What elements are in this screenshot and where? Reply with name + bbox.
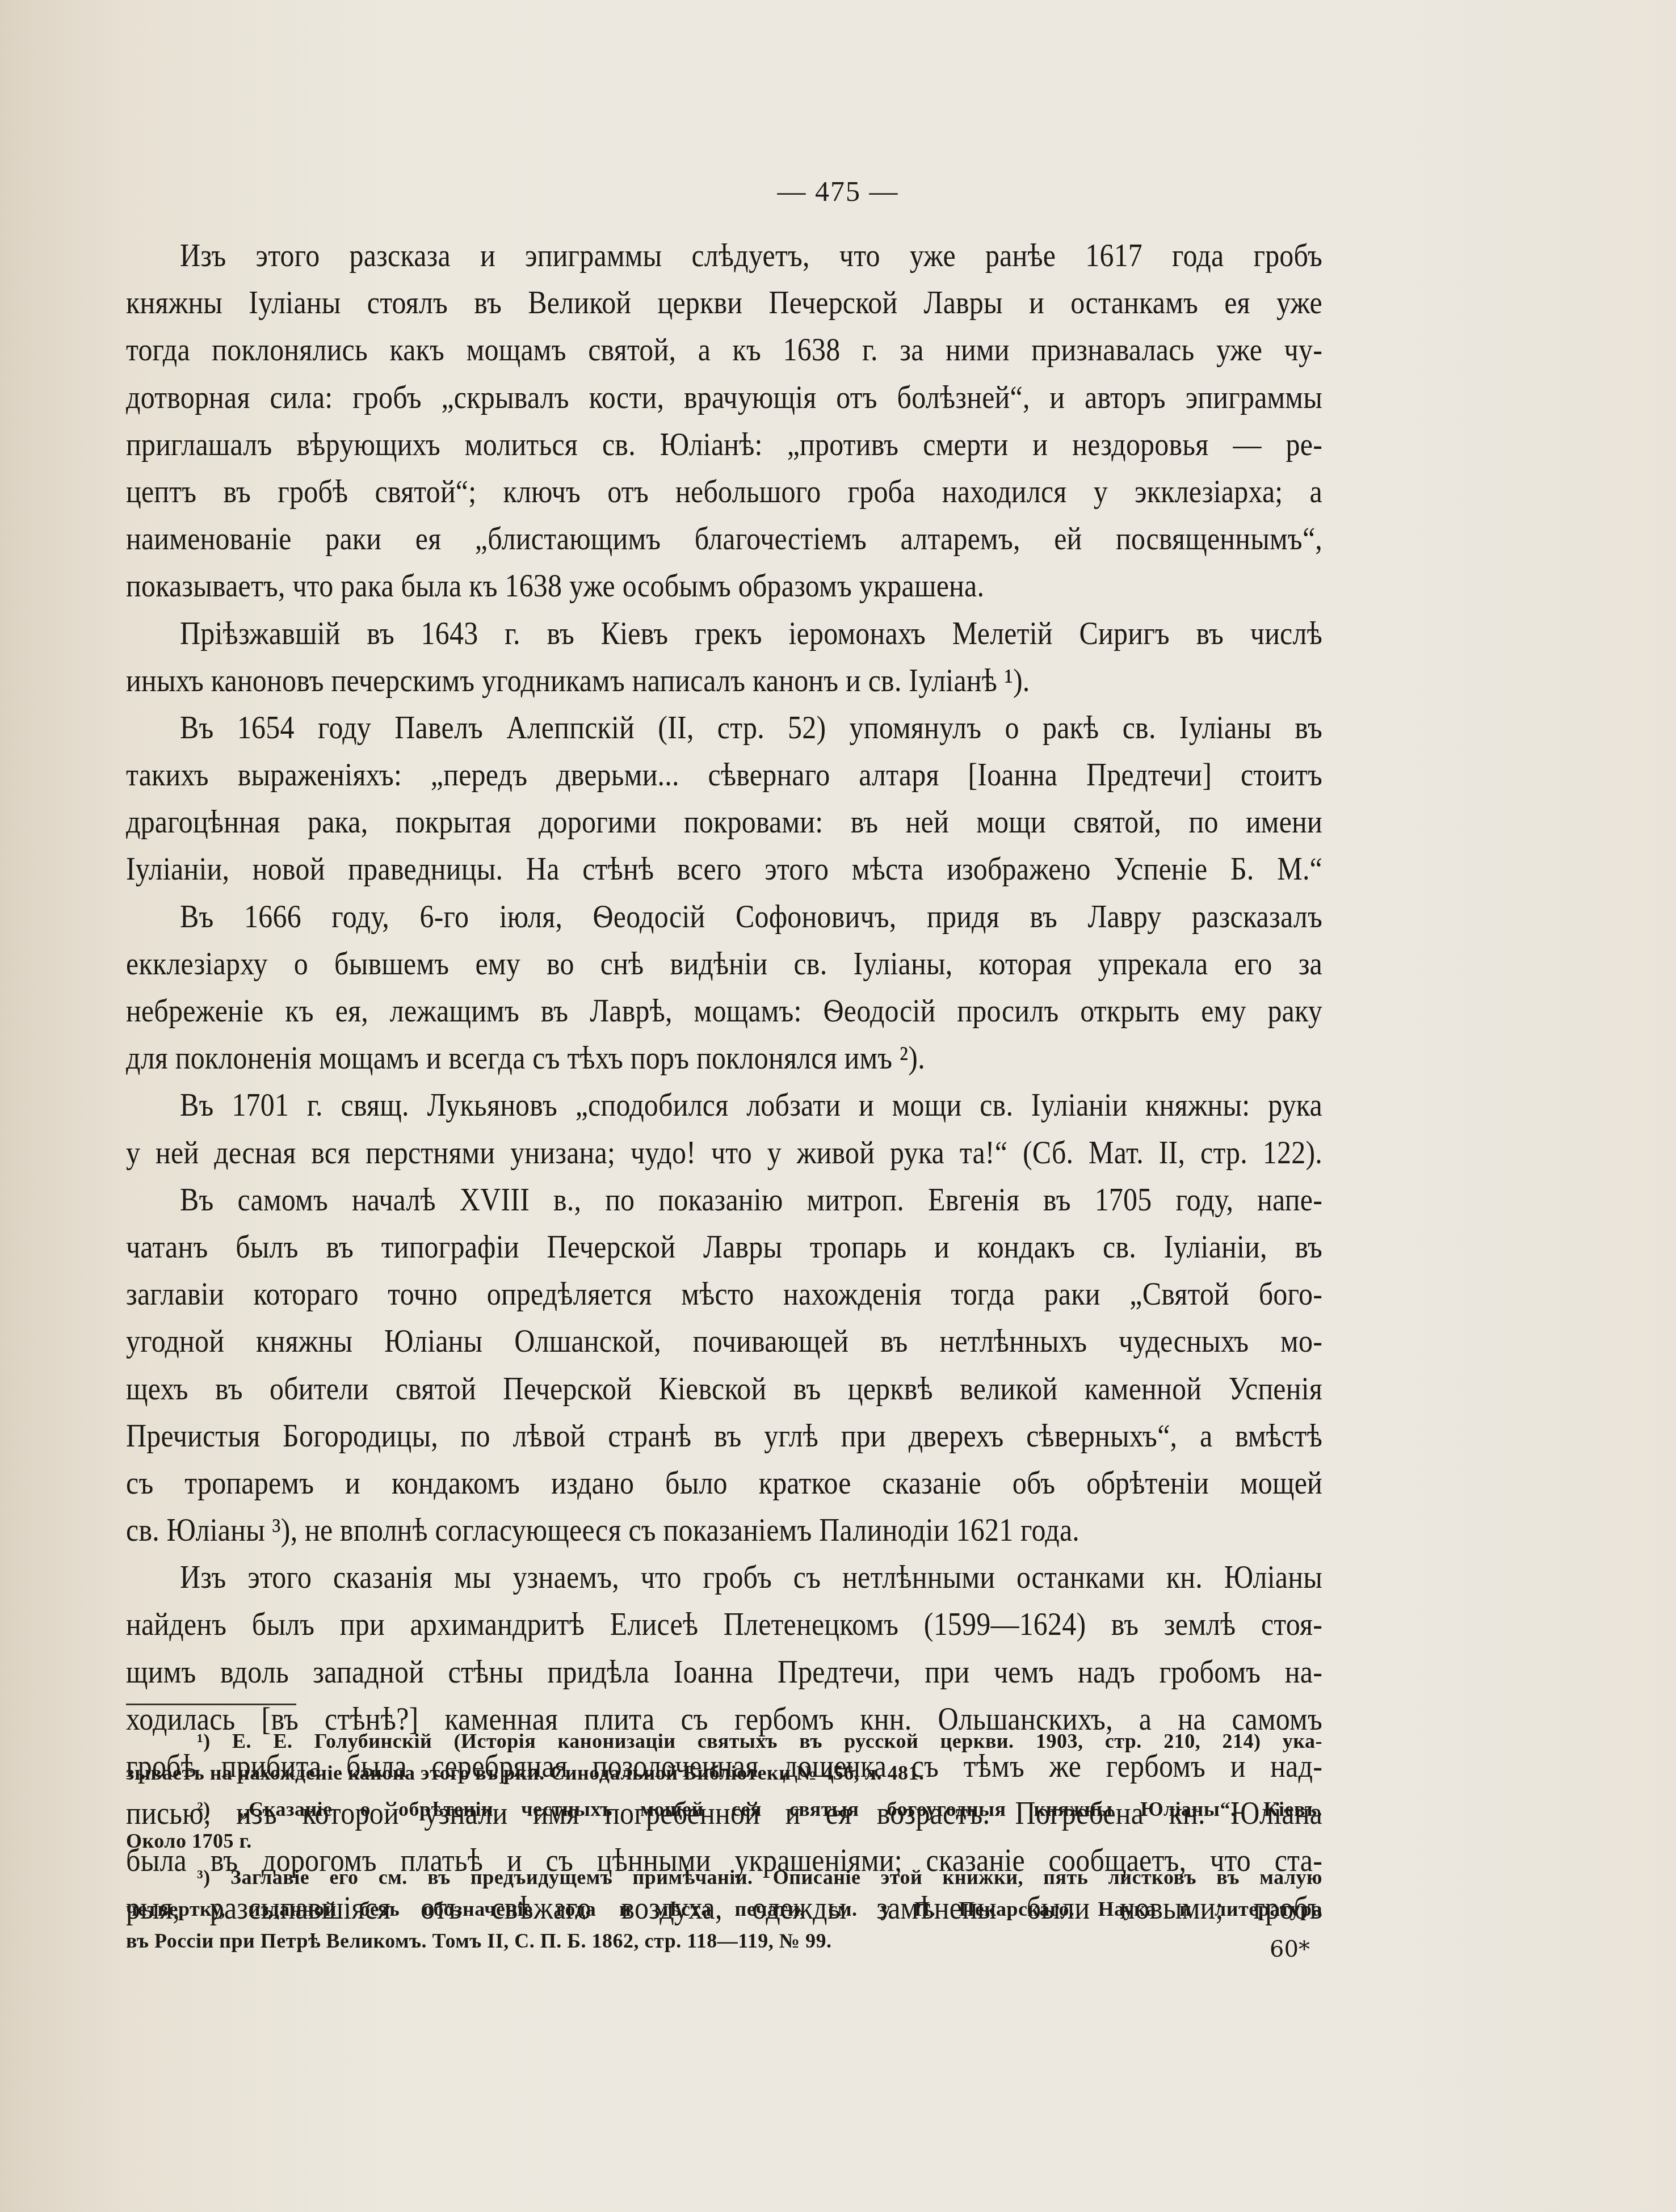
paragraph-line: княжны Іуліаны стоялъ въ Великой церкви … <box>126 276 1322 330</box>
paragraph-line: приглашалъ вѣрующихъ молиться св. Юліанѣ… <box>126 417 1322 472</box>
paragraph-line: съ тропаремъ и кондакомъ издано было кра… <box>126 1456 1322 1510</box>
footnote-1-line: ¹) Е. Е. Голубинскій (Исторія канонизаці… <box>126 1725 1322 1757</box>
paragraph-line: Въ 1666 году, 6-го іюля, Ѳеодосій Софоно… <box>126 889 1322 944</box>
paragraph-line: Въ самомъ началѣ XVIII в., по показанію … <box>126 1172 1322 1227</box>
paragraph-line: угодной княжны Юліаны Олшанской, почиваю… <box>126 1314 1322 1369</box>
paragraph-line: небреженіе къ ея, лежащимъ въ Лаврѣ, мощ… <box>126 984 1322 1038</box>
paragraph-line: показываетъ, что рака была къ 1638 уже о… <box>126 559 1322 613</box>
paragraph-line: щехъ въ обители святой Печерской Кіевско… <box>126 1361 1322 1416</box>
footnote-3-line: четвертку, изданной безъ обозначеніе год… <box>126 1893 1322 1925</box>
paragraph-line: дотворная сила: гробъ „скрывалъ кости, в… <box>126 370 1322 424</box>
paragraph-line: заглавіи котораго точно опредѣляется мѣс… <box>126 1267 1322 1322</box>
paragraph-line: Въ 1654 году Павелъ Алеппскій (II, стр. … <box>126 700 1322 755</box>
footnote-2-line: ²) „Сказаніе о обрѣтеніи честныхъ мощей … <box>126 1793 1322 1825</box>
paragraph-line: такихъ выраженіяхъ: „передъ дверьми... с… <box>126 748 1322 802</box>
page-number: — 475 — <box>0 175 1676 208</box>
paragraph-line: Изъ этого разсказа и эпиграммы слѣдуетъ,… <box>126 229 1322 283</box>
footnote-separator <box>126 1704 296 1705</box>
footnotes: ¹) Е. Е. Голубинскій (Исторія канонизаці… <box>126 1725 1322 1957</box>
footnote-1-line: зываетъ на нахожденіе канона этого въ рк… <box>126 1757 1322 1789</box>
paragraph-line: у ней десная вся перстнями унизана; чудо… <box>126 1125 1322 1180</box>
paragraph-line: екклезіарху о бывшемъ ему во снѣ видѣніи… <box>126 936 1322 991</box>
paragraph-line: Пречистыя Богородицы, по лѣвой странѣ въ… <box>126 1408 1322 1463</box>
footnote-3-line: ³) Заглавіе его см. въ предъидущемъ прим… <box>126 1861 1322 1893</box>
paragraph-line: драгоцѣнная рака, покрытая дорогими покр… <box>126 795 1322 850</box>
paragraph-line: Изъ этого сказанія мы узнаемъ, что гробъ… <box>126 1550 1322 1605</box>
paragraph-line: цептъ въ гробѣ святой“; ключъ отъ неболь… <box>126 464 1322 519</box>
footnote-3-line: въ Россіи при Петрѣ Великомъ. Томъ II, С… <box>126 1925 1322 1957</box>
paragraph-line: чатанъ былъ въ типографіи Печерской Лавр… <box>126 1219 1322 1274</box>
paragraph-line: Іуліаніи, новой праведницы. На стѣнѣ все… <box>126 842 1322 897</box>
paragraph-line: св. Юліаны ³), не вполнѣ согласующееся с… <box>126 1503 1322 1558</box>
paragraph-line: для поклоненія мощамъ и всегда съ тѣхъ п… <box>126 1031 1322 1086</box>
paragraph-line: щимъ вдоль западной стѣны придѣла Іоанна… <box>126 1645 1322 1699</box>
paragraph-line: Въ 1701 г. свящ. Лукьяновъ „сподобился л… <box>126 1078 1322 1133</box>
paragraph-line: наименованіе раки ея „блистающимъ благоч… <box>126 512 1322 566</box>
paragraph-line: найденъ былъ при архимандритѣ Елисеѣ Пле… <box>126 1597 1322 1652</box>
paragraph-line: тогда поклонялись какъ мощамъ святой, а … <box>126 323 1322 377</box>
footnote-2-line: Около 1705 г. <box>126 1825 1322 1857</box>
paragraph-line: иныхъ каноновъ печерскимъ угодникамъ нап… <box>126 653 1322 708</box>
paragraph-line: Пріѣзжавшій въ 1643 г. въ Кіевъ грекъ іе… <box>126 606 1322 661</box>
body-text: Изъ этого разсказа и эпиграммы слѣдуетъ,… <box>126 233 1322 1932</box>
signature-mark: 60* <box>1270 1936 1310 1962</box>
